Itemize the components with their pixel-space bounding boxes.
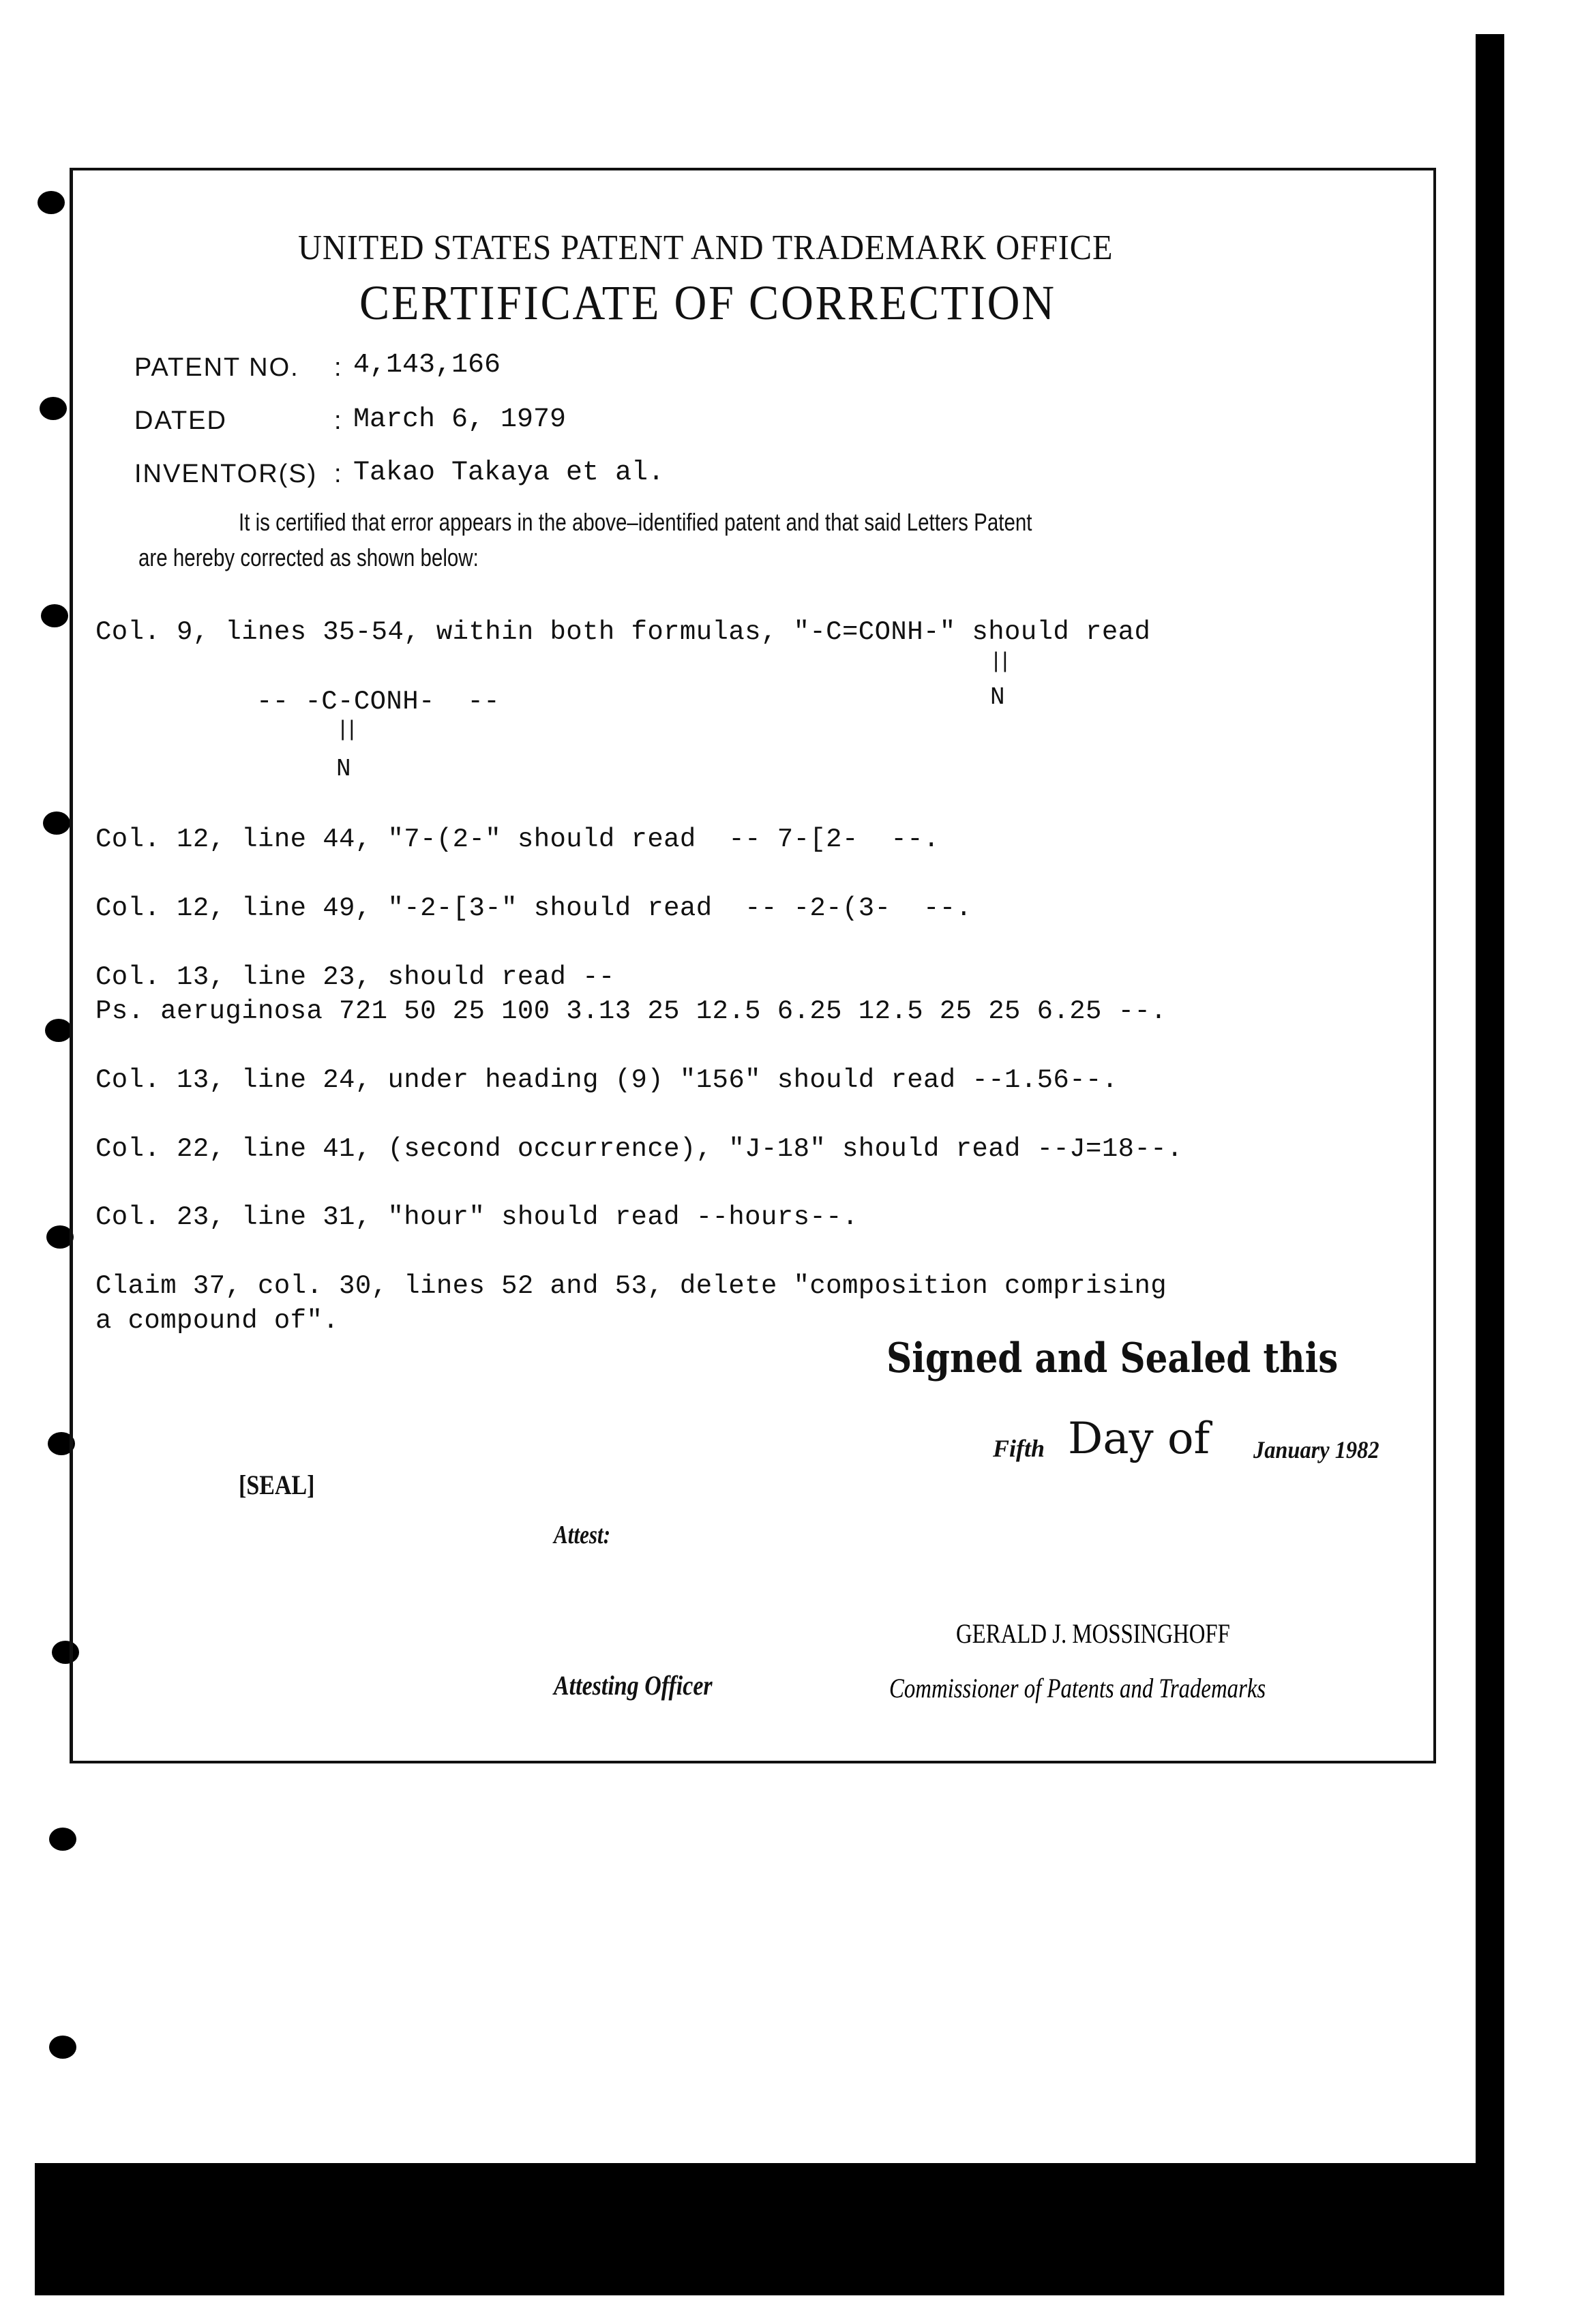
punch-hole-icon [40, 397, 67, 420]
formula-corrected: -- -C-CONH- -- [256, 689, 500, 715]
attest-label: Attest: [554, 1522, 610, 1548]
inventors: Takao Takaya et al. [353, 460, 664, 487]
month-year: January 1982 [1253, 1437, 1379, 1462]
correction-claim37-cont: a compound of". [95, 1308, 339, 1335]
page-title: CERTIFICATE OF CORRECTION [359, 278, 1056, 327]
correction-col13-line23: Col. 13, line 23, should read -- [95, 964, 615, 991]
dated-label: DATED [134, 408, 227, 434]
scan-edge-right [1476, 34, 1504, 2295]
correction-col22-line41: Col. 22, line 41, (second occurrence), "… [95, 1136, 1183, 1163]
attesting-officer-label: Attesting Officer [554, 1672, 713, 1699]
punch-hole-icon [49, 1828, 76, 1851]
formula-corrected-nitrogen: N [336, 757, 351, 781]
commissioner-name: GERALD J. MOSSINGHOFF [956, 1620, 1230, 1648]
dated-separator: : [334, 408, 343, 434]
seal-label: [SEAL] [239, 1472, 314, 1499]
patent-number: 4,143,166 [353, 352, 501, 379]
inventors-separator: : [334, 461, 343, 487]
certification-text-line-2: are hereby corrected as shown below: [138, 546, 479, 570]
correction-col12-line44: Col. 12, line 44, "7-(2-" should read --… [95, 826, 940, 853]
patent-no-separator: : [334, 355, 343, 381]
correction-claim37: Claim 37, col. 30, lines 52 and 53, dele… [95, 1273, 1167, 1300]
formula-original-double-bond: || [989, 651, 1007, 673]
office-heading: UNITED STATES PATENT AND TRADEMARK OFFIC… [298, 230, 1113, 266]
correction-col13-line23-values: Ps. aeruginosa 721 50 25 100 3.13 25 12.… [95, 998, 1167, 1025]
day-ordinal: Fifth [993, 1436, 1045, 1461]
correction-col9: Col. 9, lines 35-54, within both formula… [95, 619, 1150, 646]
day-of-label: Day of [1068, 1417, 1210, 1461]
patent-no-label: PATENT NO. [134, 355, 299, 381]
punch-hole-icon [41, 604, 68, 627]
punch-hole-icon [49, 2036, 76, 2059]
formula-original-nitrogen: N [990, 685, 1005, 710]
patent-date: March 6, 1979 [353, 406, 566, 434]
punch-hole-icon [38, 191, 65, 214]
punch-hole-icon [43, 811, 70, 835]
scan-edge-bottom [35, 2163, 1504, 2295]
correction-col13-line24: Col. 13, line 24, under heading (9) "156… [95, 1067, 1118, 1094]
certification-text-line-1: It is certified that error appears in th… [239, 510, 1032, 535]
correction-col23-line31: Col. 23, line 31, "hour" should read --h… [95, 1204, 859, 1231]
inventors-label: INVENTOR(S) [134, 461, 317, 487]
correction-col12-line49: Col. 12, line 49, "-2-[3-" should read -… [95, 895, 972, 922]
commissioner-title: Commissioner of Patents and Trademarks [889, 1675, 1266, 1702]
punch-hole-icon [45, 1019, 72, 1042]
formula-corrected-double-bond: || [336, 719, 354, 741]
signed-and-sealed-heading: Signed and Sealed this [886, 1338, 1338, 1379]
